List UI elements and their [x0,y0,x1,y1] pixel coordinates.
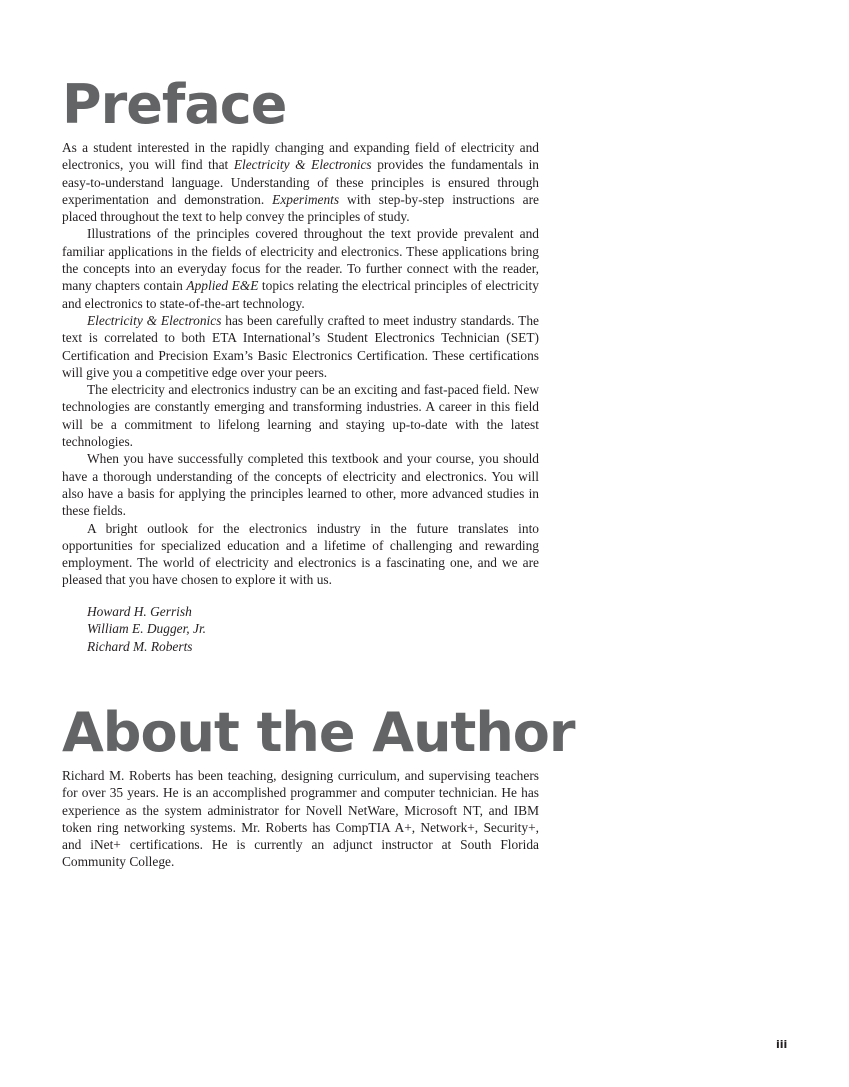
book-title-italic: Electricity & Electronics [87,313,221,328]
author-signatures: Howard H. Gerrish William E. Dugger, Jr.… [87,603,206,655]
text-run: The electricity and electronics industry… [62,382,539,449]
page-number: iii [776,1038,787,1051]
about-author-body: Richard M. Roberts has been teaching, de… [62,767,539,871]
about-author-heading: About the Author [62,706,575,760]
book-title-italic: Electricity & Electronics [234,157,372,172]
preface-paragraph: The electricity and electronics industry… [62,381,539,450]
text-run: When you have successfully completed thi… [62,451,539,518]
preface-paragraph: As a student interested in the rapidly c… [62,139,539,225]
preface-paragraph: When you have successfully completed thi… [62,450,539,519]
preface-heading: Preface [62,78,286,132]
preface-paragraph: Illustrations of the principles covered … [62,225,539,311]
text-run: A bright outlook for the electronics ind… [62,521,539,588]
preface-paragraph: Electricity & Electronics has been caref… [62,312,539,381]
signature: Richard M. Roberts [87,638,206,655]
preface-paragraph: A bright outlook for the electronics ind… [62,520,539,589]
signature: William E. Dugger, Jr. [87,620,206,637]
signature: Howard H. Gerrish [87,603,206,620]
preface-body: As a student interested in the rapidly c… [62,139,539,589]
applied-ee-italic: Applied E&E [186,278,258,293]
about-author-paragraph: Richard M. Roberts has been teaching, de… [62,767,539,871]
experiments-italic: Experiments [272,192,339,207]
book-page: Preface As a student interested in the r… [0,0,849,1087]
